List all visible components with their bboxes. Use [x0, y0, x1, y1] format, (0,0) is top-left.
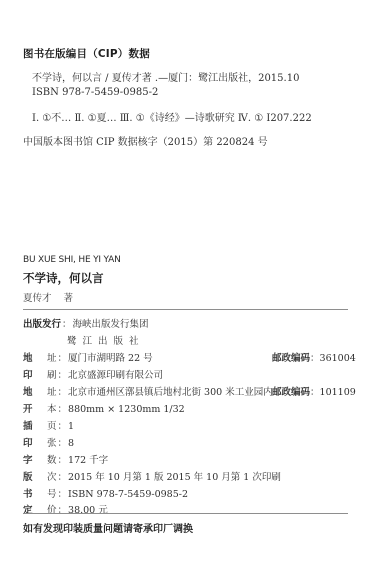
sheets-row: 印张：8: [23, 435, 74, 449]
edition-row: 版次：2015 年 10 月第 1 版 2015 年 10 月第 1 次印刷: [23, 469, 281, 483]
cip-check-number: 中国版本图书馆 CIP 数据核字（2015）第 220824 号: [23, 133, 268, 148]
cip-classification: Ⅰ. ①不… Ⅱ. ①夏… Ⅲ. ①《诗经》—诗歌研究 Ⅳ. ① I207.22…: [32, 109, 312, 124]
publisher-row: 出版发行：海峡出版发行集团: [23, 316, 149, 330]
format-row: 开本：880mm × 1230mm 1/32: [23, 401, 185, 415]
publisher-imprint: 鹭江出版社: [67, 333, 145, 347]
isbn-row: 书号：ISBN 978-7-5459-0985-2: [23, 486, 188, 500]
author-name: 夏传才: [23, 293, 52, 304]
printer-postcode: 邮政编码：101109: [272, 384, 356, 398]
divider-bottom: [23, 513, 348, 514]
publisher-value: 海峡出版发行集团: [73, 319, 149, 330]
printer-address-row: 地址：北京市通州区漷县镇后地村北街 300 米工业园内: [23, 384, 273, 398]
publisher-address-row: 地址：厦门市湖明路 22 号: [23, 350, 153, 364]
insert-pages-row: 插页：1: [23, 418, 74, 432]
cip-isbn-line: ISBN 978-7-5459-0985-2: [32, 87, 158, 98]
author-role: 著: [64, 293, 74, 304]
quality-notice: 如有发现印装质量问题请寄承印厂调换: [23, 520, 193, 535]
cip-title-line: 不学诗，何以言 / 夏传才著 .—厦门：鹭江出版社，2015.10: [32, 69, 299, 84]
printer-row: 印刷：北京盛源印刷有限公司: [23, 367, 163, 381]
divider-top: [23, 309, 348, 310]
cip-heading: 图书在版编目（CIP）数据: [23, 46, 150, 61]
title-pinyin: BU XUE SHI, HE YI YAN: [23, 255, 121, 265]
title-chinese: 不学诗，何以言: [23, 270, 104, 286]
author-line: 夏传才著: [23, 290, 73, 304]
publisher-postcode: 邮政编码：361004: [272, 350, 356, 364]
publisher-label: 出版发行: [23, 319, 61, 330]
word-count-row: 字数：172 千字: [23, 452, 108, 466]
